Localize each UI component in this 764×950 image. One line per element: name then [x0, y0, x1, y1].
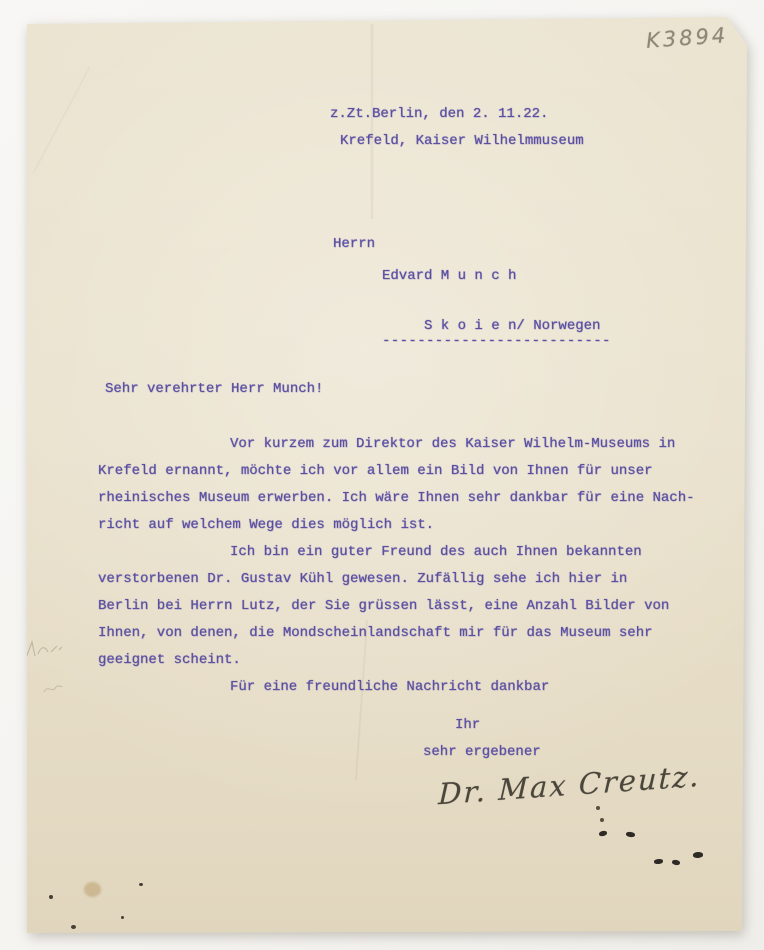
paper-crease: [32, 66, 91, 173]
body-line: rheinisches Museum erwerben. Ich wäre Ih…: [98, 485, 718, 512]
signature-flourish-dot: [600, 818, 604, 822]
signature: Dr. Max Creutz.: [438, 759, 702, 812]
archival-number: K3894: [645, 23, 729, 53]
salutation: Sehr verehrter Herr Munch!: [105, 376, 323, 403]
recipient-underline: --------------------------: [382, 328, 611, 355]
recipient-herrn: Herrn: [333, 231, 375, 258]
ink-speck: [654, 859, 663, 865]
body-line: Krefeld ernannt, möchte ich vor allem ei…: [98, 458, 718, 485]
ink-speck: [49, 895, 53, 899]
ink-speck: [139, 883, 143, 886]
body-line: Ich bin ein guter Freund des auch Ihnen …: [98, 539, 718, 566]
signature-flourish-dot: [596, 806, 600, 810]
ink-speck: [672, 859, 681, 865]
body-line: geeignet scheint.: [98, 647, 718, 674]
body-line: Vor kurzem zum Direktor des Kaiser Wilhe…: [98, 431, 718, 458]
body-line: Ihnen, von denen, die Mondscheinlandscha…: [98, 620, 718, 647]
dateline-line1: z.Zt.Berlin, den 2. 11.22.: [330, 101, 548, 128]
body-line: Berlin bei Herrn Lutz, der Sie grüssen l…: [98, 593, 718, 620]
dateline-line2: Krefeld, Kaiser Wilhelmmuseum: [340, 128, 584, 155]
scan-background: K3894 z.Zt.Berlin, den 2. 11.22. Krefeld…: [0, 0, 764, 950]
ink-speck: [71, 925, 76, 929]
ink-speck: [599, 830, 608, 837]
pencil-scribble: [42, 682, 64, 696]
pencil-scribble: [24, 638, 64, 664]
letter-body: Vor kurzem zum Direktor des Kaiser Wilhe…: [98, 431, 718, 701]
body-line: richt auf welchem Wege dies möglich ist.: [98, 512, 718, 539]
recipient-name: Edvard M u n c h: [382, 263, 516, 290]
ink-speck: [626, 831, 636, 837]
stain-mark: [84, 882, 101, 897]
closing-ergebener: sehr ergebener: [423, 739, 541, 766]
closing-ihr: Ihr: [455, 712, 480, 739]
ink-speck: [693, 852, 703, 859]
ink-speck: [121, 916, 124, 919]
body-line: Für eine freundliche Nachricht dankbar: [98, 674, 718, 701]
paper-shadow: K3894 z.Zt.Berlin, den 2. 11.22. Krefeld…: [0, 0, 764, 950]
letter-paper: K3894 z.Zt.Berlin, den 2. 11.22. Krefeld…: [0, 0, 764, 950]
body-line: verstorbenen Dr. Gustav Kühl gewesen. Zu…: [98, 566, 718, 593]
